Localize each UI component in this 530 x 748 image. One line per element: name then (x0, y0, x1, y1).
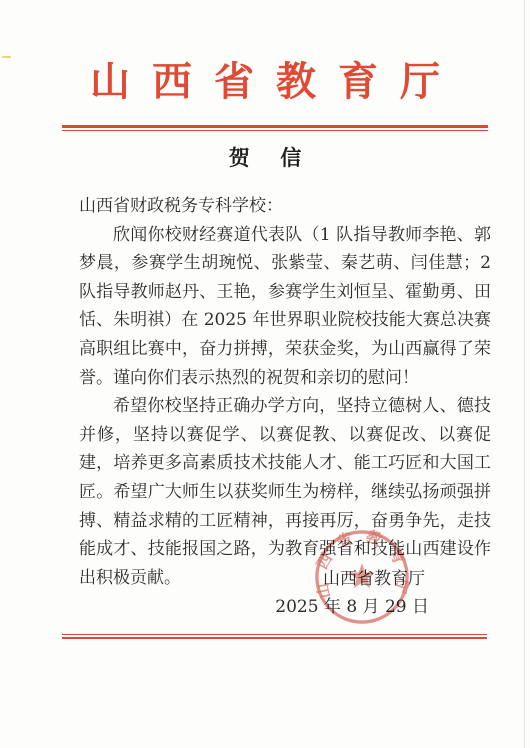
letter-body: 山西省财政税务专科学校： 欣闻你校财经赛道代表队（1 队指导教师李艳、郭梦晨，参… (79, 192, 491, 592)
salutation: 山西省财政税务专科学校： (79, 192, 491, 221)
paragraph-2: 希望你校坚持正确办学方向，坚持立德树人、德技并修，坚持以赛促学、以赛促教、以赛促… (79, 392, 491, 592)
paragraph-1: 欣闻你校财经赛道代表队（1 队指导教师李艳、郭梦晨，参赛学生胡琬悦、张紫莹、秦艺… (79, 221, 491, 393)
scan-page-edge (524, 0, 525, 748)
signature-org: 山西省教育厅 (0, 564, 425, 589)
signature-date: 2025 年 8 月 29 日 (0, 592, 429, 617)
footer-double-rule (62, 634, 487, 639)
letterhead-double-rule (62, 125, 488, 131)
scan-artifact-mark (2, 56, 11, 58)
letterhead-title: 山西省教育厅 (0, 60, 530, 104)
document-title: 贺信 (0, 142, 530, 172)
